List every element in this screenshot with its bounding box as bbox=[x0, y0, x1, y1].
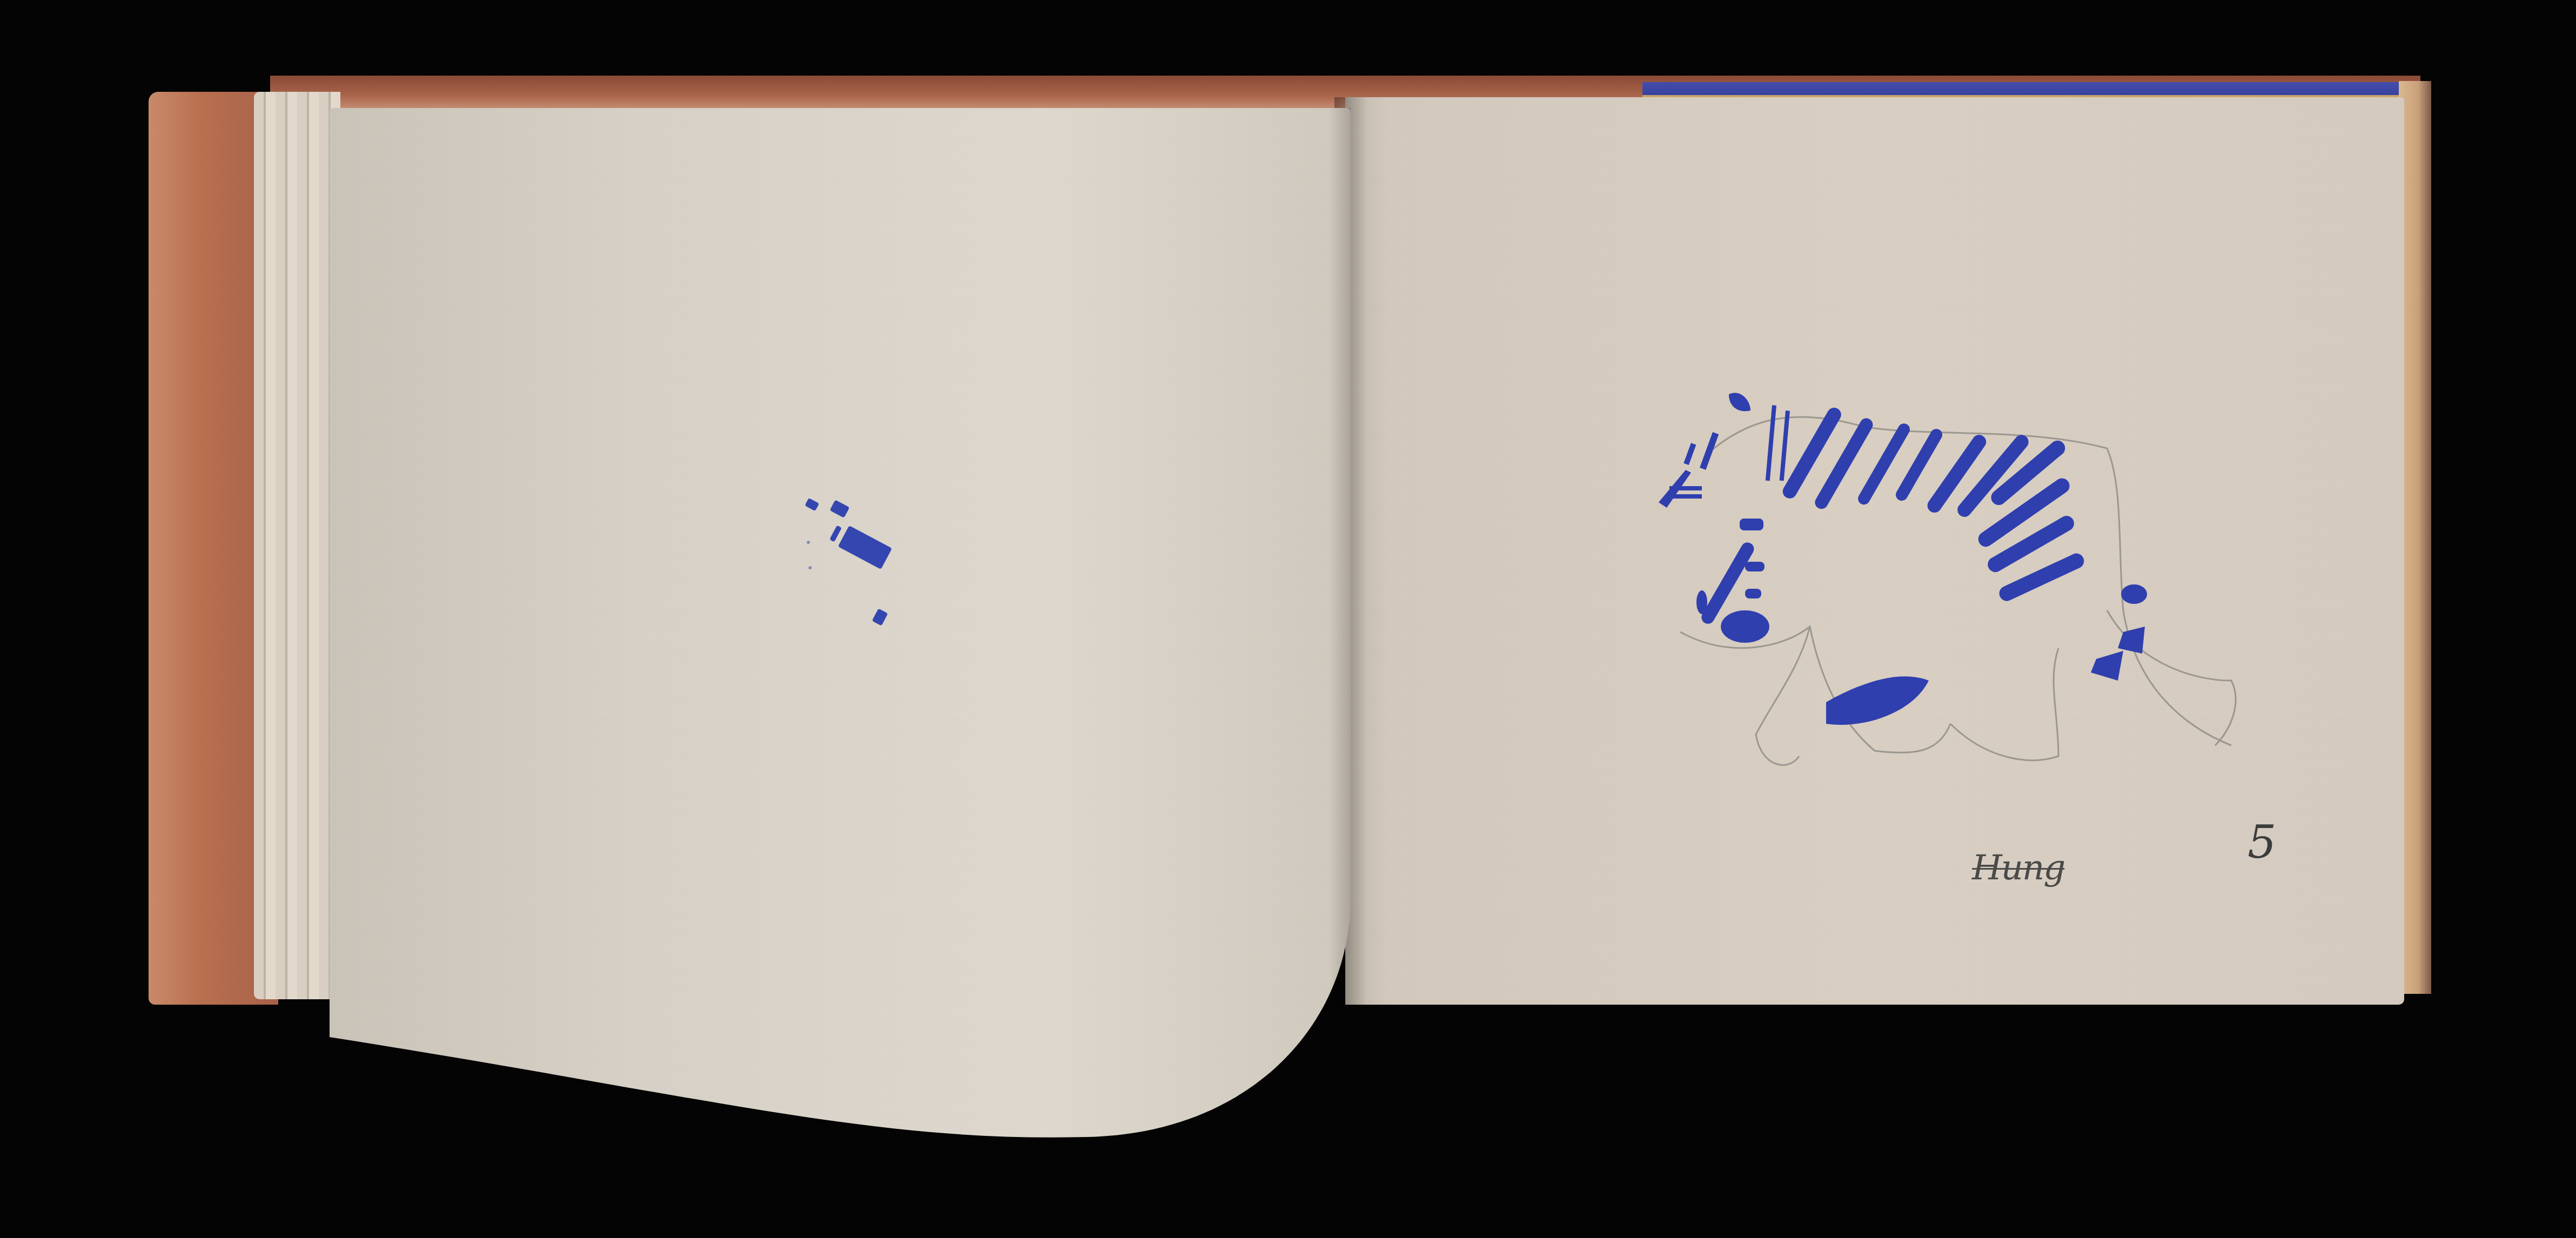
pencil-signature: Hung bbox=[1972, 848, 2064, 888]
left-page-stack bbox=[254, 92, 340, 999]
page-number: 5 bbox=[2248, 816, 2276, 869]
tiger-drawing bbox=[1648, 378, 2296, 783]
photo-background: Hung 5 bbox=[0, 0, 2576, 1238]
left-page-curled bbox=[330, 108, 1351, 1145]
blue-cover-strip bbox=[1642, 82, 2410, 95]
